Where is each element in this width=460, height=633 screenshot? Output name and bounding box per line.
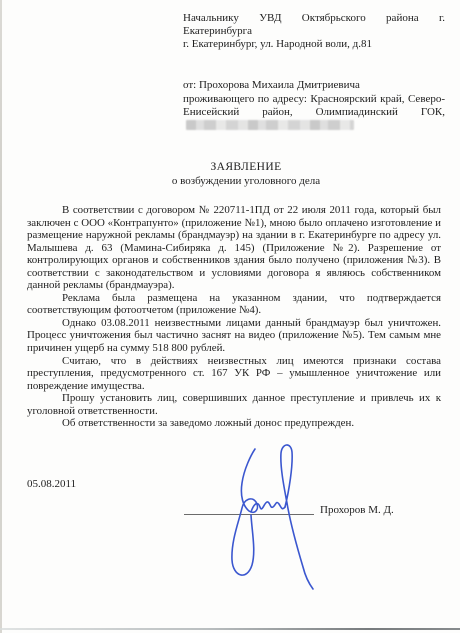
title-subheading: о возбуждении уголовного дела (33, 174, 459, 188)
redacted-address-blur (186, 120, 354, 130)
body-paragraph: Об ответственности за заведомо ложный до… (27, 417, 441, 430)
scan-edge-left (0, 0, 2, 633)
document-title: ЗАЯВЛЕНИЕ о возбуждении уголовного дела (33, 160, 459, 188)
recipient-address: г. Екатеринбург, ул. Народной воли, д.81 (183, 38, 445, 51)
title-heading: ЗАЯВЛЕНИЕ (33, 160, 459, 174)
recipient-block: Начальнику УВД Октябрьского района г. Ек… (183, 12, 445, 52)
scanned-document-page: Начальнику УВД Октябрьского района г. Ек… (0, 0, 460, 633)
sender-name: от: Прохорова Михаила Дмитриевича (183, 79, 445, 93)
recipient-name: Начальнику УВД Октябрьского района г. Ек… (183, 12, 445, 38)
sender-block: от: Прохорова Михаила Дмитриевича прожив… (183, 79, 445, 133)
handwritten-signature-ink (218, 442, 318, 592)
body-paragraph: В соответствии с договором № 220711-1ПД … (27, 204, 441, 292)
sender-address-text: проживающего по адресу: Красноярский кра… (183, 93, 445, 119)
statement-body: В соответствии с договором № 220711-1ПД … (27, 204, 441, 430)
scan-edge-bottom (0, 628, 460, 630)
body-paragraph: Прошу установить лиц, совершивших данное… (27, 392, 441, 417)
sender-address: проживающего по адресу: Красноярский кра… (183, 93, 445, 134)
body-paragraph: Реклама была размещена на указанном здан… (27, 292, 441, 317)
body-paragraph: Однако 03.08.2011 неизвестными лицами да… (27, 317, 441, 355)
document-date: 05.08.2011 (27, 478, 76, 490)
body-paragraph: Считаю, что в действиях неизвестных лиц … (27, 355, 441, 393)
signer-name: Прохоров М. Д. (320, 504, 394, 516)
